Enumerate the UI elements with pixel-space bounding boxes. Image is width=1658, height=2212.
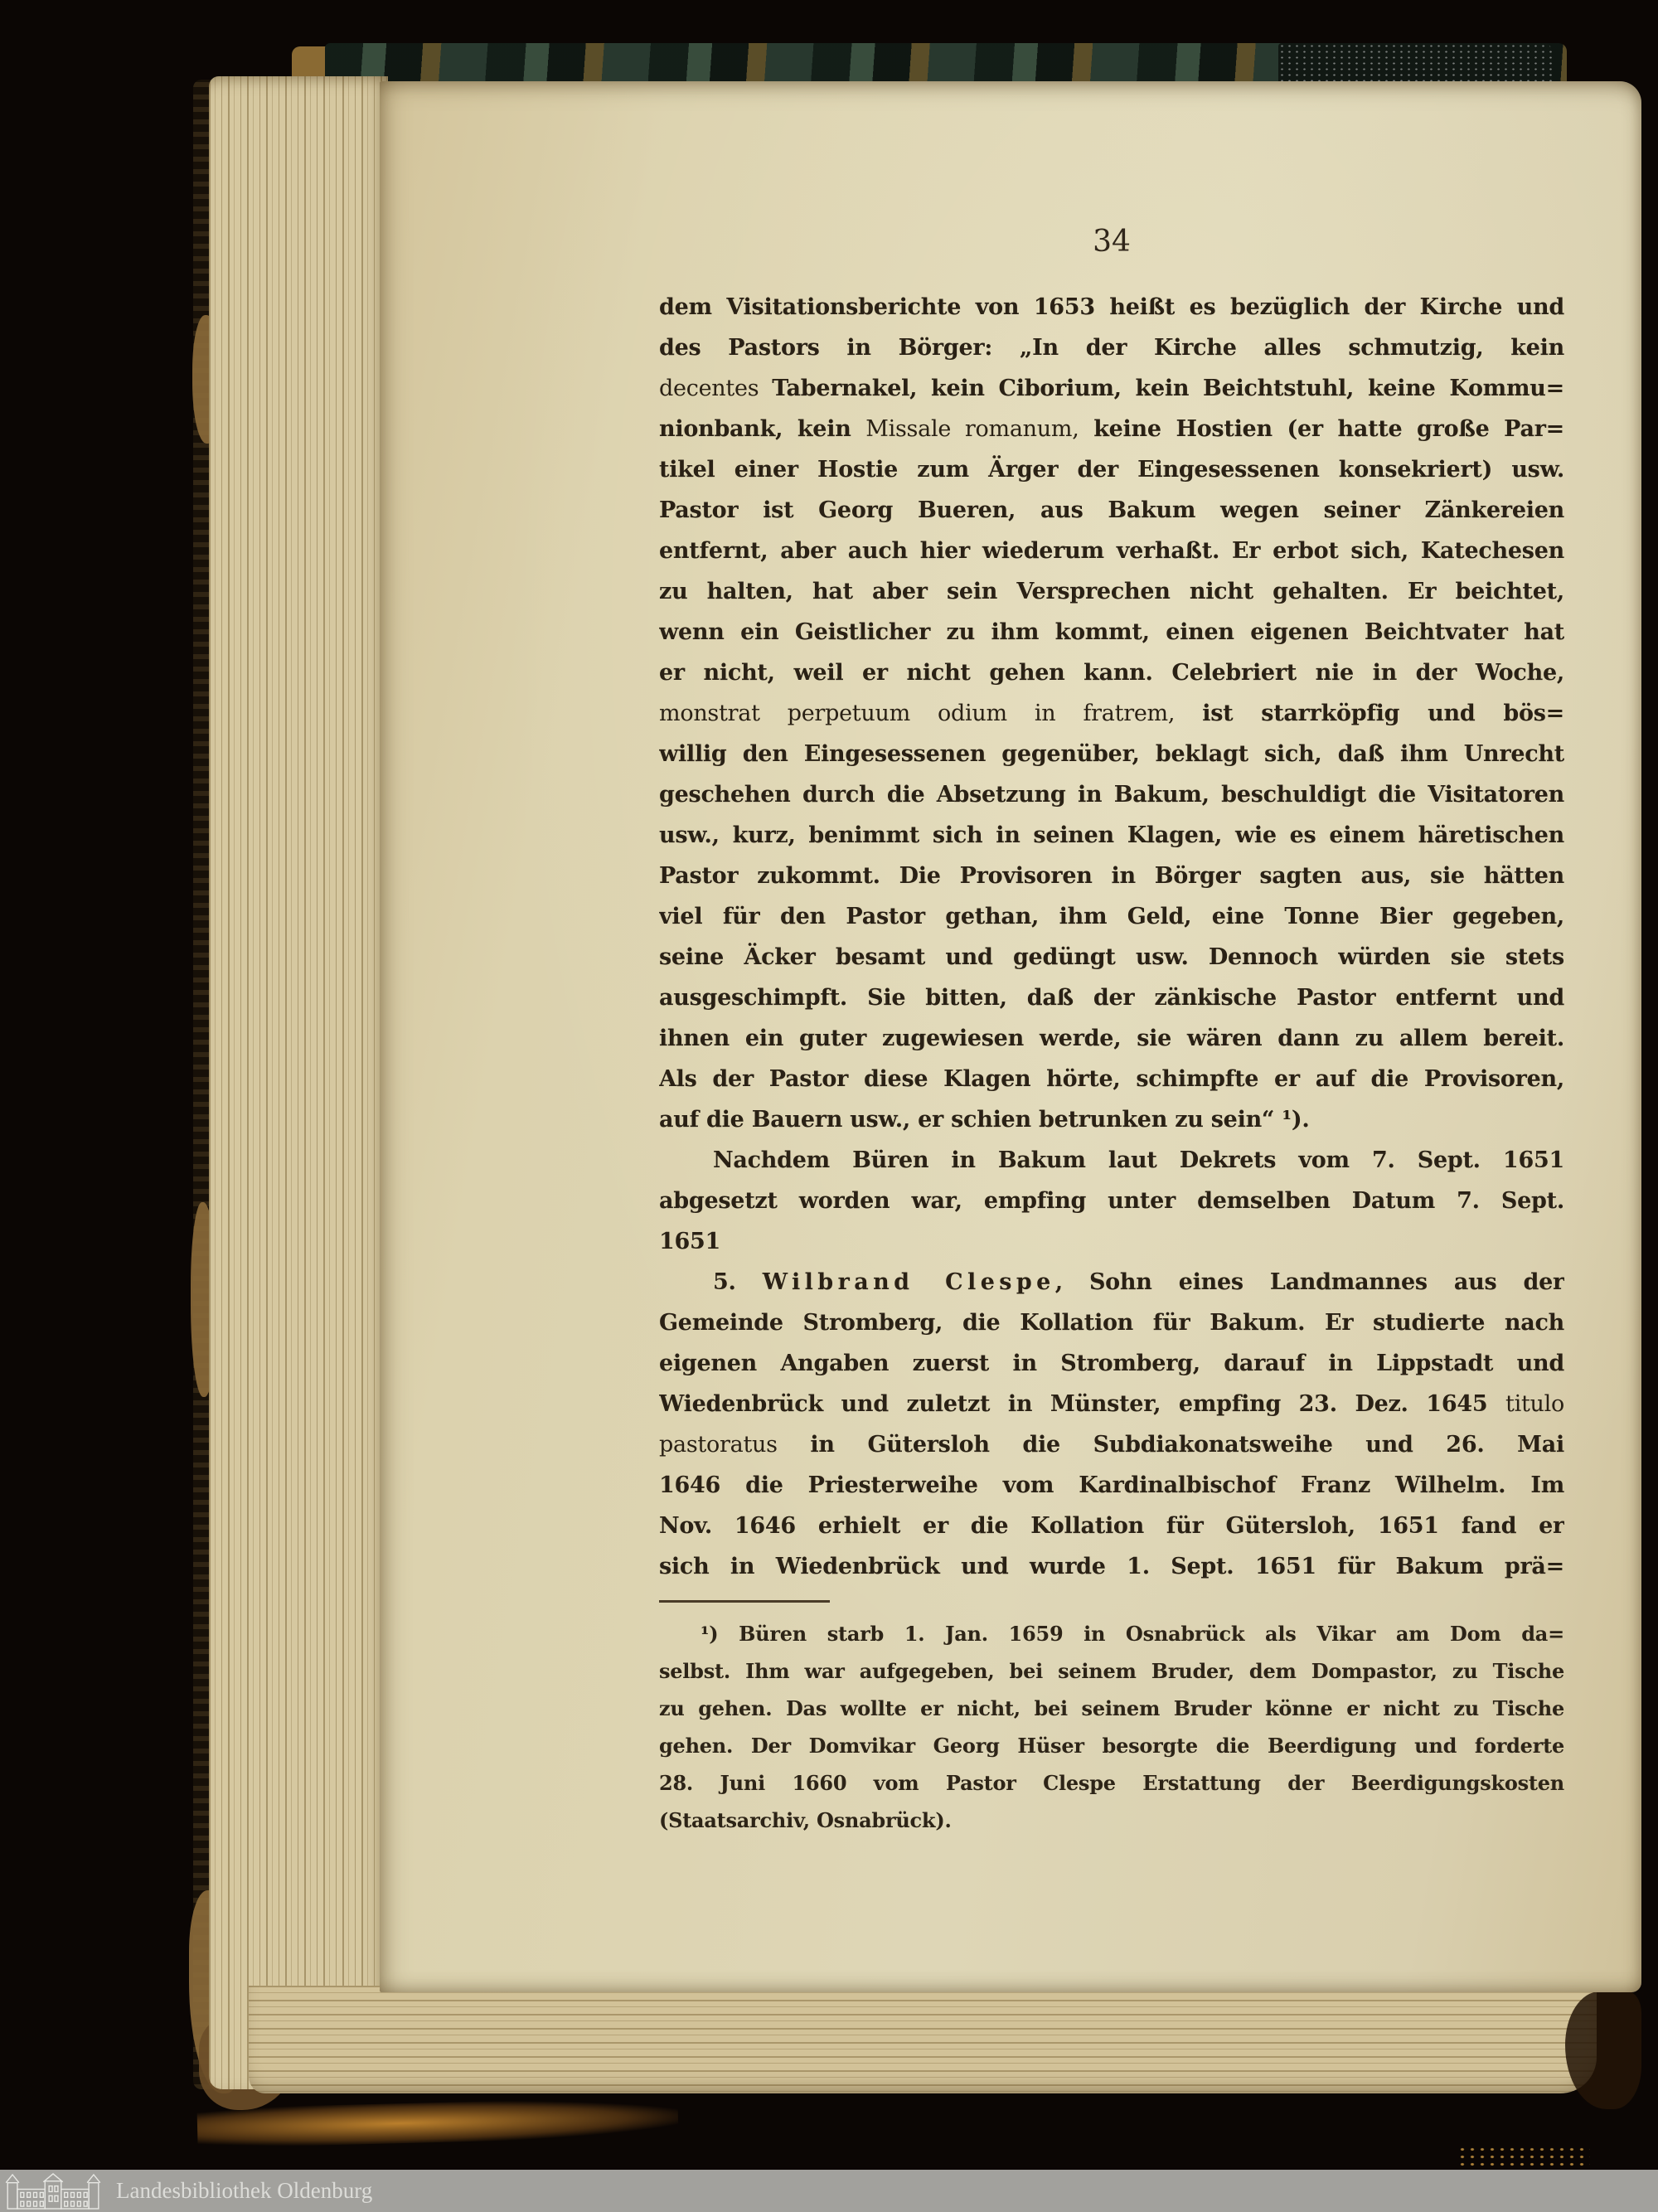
text-line: seine Äcker besamt und gedüngt usw. Denn…	[659, 937, 1564, 977]
text-segment: eigenen Angaben zuerst in Stromberg, dar…	[659, 1351, 1564, 1376]
book-cover-corner	[1565, 1991, 1641, 2109]
text-line: Gemeinde Stromberg, die Kollation für Ba…	[659, 1302, 1564, 1343]
text-segment: tikel einer Hostie zum Ärger der Eingese…	[659, 457, 1564, 483]
text-line: Pastor ist Georg Bueren, aus Bakum wegen…	[659, 490, 1564, 531]
text-segment: Als der Pastor diese Klagen hörte, schim…	[659, 1066, 1564, 1092]
text-segment: selbst. Ihm war aufgegeben, bei seinem B…	[659, 1659, 1564, 1683]
text-segment: des Pastors in Börger: „In der Kirche al…	[659, 335, 1564, 361]
text-segment: er nicht, weil er nicht gehen kann. Cele…	[659, 660, 1564, 686]
text-line: entfernt, aber auch hier wiederum verhaß…	[659, 531, 1564, 571]
book-top-marbled-edge	[325, 43, 1567, 86]
text-line: Pastor zukommt. Die Provisoren in Börger…	[659, 856, 1564, 896]
text-segment-antiqua: Missale romanum,	[865, 416, 1079, 442]
text-segment: Pastor ist Georg Bueren, aus Bakum wegen…	[659, 497, 1564, 523]
text-segment: 1651	[659, 1229, 720, 1254]
text-line: pastoratus in Gütersloh die Subdiakonats…	[659, 1424, 1564, 1465]
book-scan-screenshot: { "document": { "page_number": "34", "co…	[0, 0, 1658, 2212]
text-line: Nachdem Büren in Bakum laut Dekrets vom …	[659, 1140, 1564, 1181]
library-watermark-text: Landesbibliothek Oldenburg	[116, 2170, 372, 2212]
text-segment: , Sohn eines Landmannes aus der	[1055, 1269, 1564, 1295]
text-segment: gehen. Der Domvikar Georg Hüser besorgte…	[659, 1734, 1564, 1758]
text-segment: nionbank, kein	[659, 416, 865, 442]
text-segment-antiqua: titulo	[1505, 1391, 1564, 1417]
text-line: geschehen durch die Absetzung in Bakum, …	[659, 774, 1564, 815]
text-line: abgesetzt worden war, empfing unter dems…	[659, 1181, 1564, 1221]
text-segment: dem Visitationsberichte von 1653 heißt e…	[659, 294, 1564, 320]
text-line: decentes Tabernakel, kein Ciborium, kein…	[659, 368, 1564, 409]
text-segment: auf die Bauern usw., er schien betrunken…	[659, 1107, 1310, 1133]
text-segment: Nov. 1646 erhielt er die Kollation für G…	[659, 1513, 1564, 1539]
paragraph: ¹) Büren starb 1. Jan. 1659 in Osnabrück…	[659, 1615, 1564, 1839]
text-segment: (Staatsarchiv, Osnabrück).	[659, 1808, 952, 1832]
text-line: tikel einer Hostie zum Ärger der Eingese…	[659, 449, 1564, 490]
text-line: 5. Wilbrand Clespe, Sohn eines Landmanne…	[659, 1262, 1564, 1302]
page-stack-bottom-edges	[249, 1986, 1597, 2093]
text-line: usw., kurz, benimmt sich in seinen Klage…	[659, 815, 1564, 856]
text-segment: zu gehen. Das wollte er nicht, bei seine…	[659, 1696, 1564, 1720]
paragraph: dem Visitationsberichte von 1653 heißt e…	[659, 287, 1564, 1140]
text-segment: in Gütersloh die Subdiakonatsweihe und 2…	[778, 1432, 1564, 1458]
text-line: nionbank, kein Missale romanum, keine Ho…	[659, 409, 1564, 449]
text-segment: ausgeschimpft. Sie bitten, daß der zänki…	[659, 985, 1564, 1011]
text-segment: 1646 die Priesterweihe vom Kardinalbisch…	[659, 1472, 1564, 1498]
text-segment: seine Äcker besamt und gedüngt usw. Denn…	[659, 944, 1564, 970]
text-line: Nov. 1646 erhielt er die Kollation für G…	[659, 1506, 1564, 1546]
text-segment: geschehen durch die Absetzung in Bakum, …	[659, 782, 1564, 808]
paragraph: Nachdem Büren in Bakum laut Dekrets vom …	[659, 1140, 1564, 1262]
text-segment: keine Hostien (er hatte große Par=	[1079, 416, 1564, 442]
text-segment: ist starrköpfig und bös=	[1202, 701, 1564, 726]
text-segment: willig den Eingesessenen gegenüber, bekl…	[659, 741, 1564, 767]
text-segment: entfernt, aber auch hier wiederum verhaß…	[659, 538, 1564, 564]
text-line: (Staatsarchiv, Osnabrück).	[659, 1802, 1564, 1839]
gilt-edge-reflection	[197, 2097, 679, 2148]
text-line: monstrat perpetuum odium in fratrem, ist…	[659, 693, 1564, 734]
text-line: gehen. Der Domvikar Georg Hüser besorgte…	[659, 1727, 1564, 1764]
text-line: viel für den Pastor gethan, ihm Geld, ei…	[659, 896, 1564, 937]
text-line: er nicht, weil er nicht gehen kann. Cele…	[659, 652, 1564, 693]
text-segment: 5.	[713, 1269, 763, 1295]
text-line: Als der Pastor diese Klagen hörte, schim…	[659, 1059, 1564, 1099]
main-text-block: dem Visitationsberichte von 1653 heißt e…	[659, 287, 1564, 1587]
text-line: zu gehen. Das wollte er nicht, bei seine…	[659, 1690, 1564, 1727]
text-segment: zu halten, hat aber sein Versprechen nic…	[659, 579, 1564, 604]
text-segment: wenn ein Geistlicher zu ihm kommt, einen…	[659, 619, 1564, 645]
page-number: 34	[659, 224, 1564, 260]
text-segment: Nachdem Büren in Bakum laut Dekrets vom …	[713, 1147, 1564, 1173]
footnote-block: ¹) Büren starb 1. Jan. 1659 in Osnabrück…	[659, 1615, 1564, 1839]
footnote-separator-rule	[659, 1600, 830, 1603]
book-top-edge-dark-section	[1278, 43, 1552, 86]
text-segment-antiqua: pastoratus	[659, 1432, 778, 1458]
text-segment: Tabernakel, kein Ciborium, kein Beichtst…	[772, 376, 1564, 401]
library-watermark-bar: Landesbibliothek Oldenburg	[0, 2170, 1658, 2212]
text-line: selbst. Ihm war aufgegeben, bei seinem B…	[659, 1652, 1564, 1690]
text-line: 28. Juni 1660 vom Pastor Clespe Erstattu…	[659, 1764, 1564, 1802]
paragraph: 5. Wilbrand Clespe, Sohn eines Landmanne…	[659, 1262, 1564, 1587]
text-segment: ihnen ein guter zugewiesen werde, sie wä…	[659, 1026, 1564, 1051]
text-line: ihnen ein guter zugewiesen werde, sie wä…	[659, 1018, 1564, 1059]
text-line: Wiedenbrück und zuletzt in Münster, empf…	[659, 1384, 1564, 1424]
text-segment: Pastor zukommt. Die Provisoren in Börger…	[659, 863, 1564, 889]
library-logo-icon	[5, 2171, 103, 2210]
text-line: 1651	[659, 1221, 1564, 1262]
text-line: ausgeschimpft. Sie bitten, daß der zänki…	[659, 977, 1564, 1018]
text-segment-antiqua: monstrat perpetuum odium in fratrem,	[659, 701, 1202, 726]
text-line: des Pastors in Börger: „In der Kirche al…	[659, 327, 1564, 368]
text-line: wenn ein Geistlicher zu ihm kommt, einen…	[659, 612, 1564, 652]
text-line: willig den Eingesessenen gegenüber, bekl…	[659, 734, 1564, 774]
text-segment: 28. Juni 1660 vom Pastor Clespe Erstattu…	[659, 1771, 1564, 1795]
text-segment: ¹) Büren starb 1. Jan. 1659 in Osnabrück…	[701, 1622, 1564, 1646]
gilt-edge-flecks	[1457, 2146, 1590, 2167]
text-line: eigenen Angaben zuerst in Stromberg, dar…	[659, 1343, 1564, 1384]
page-stack-fore-edges	[209, 76, 388, 2089]
text-line: sich in Wiedenbrück und wurde 1. Sept. 1…	[659, 1546, 1564, 1587]
text-line: 1646 die Priesterweihe vom Kardinalbisch…	[659, 1465, 1564, 1506]
text-segment: viel für den Pastor gethan, ihm Geld, ei…	[659, 904, 1564, 929]
text-line: auf die Bauern usw., er schien betrunken…	[659, 1099, 1564, 1140]
text-line: zu halten, hat aber sein Versprechen nic…	[659, 571, 1564, 612]
text-segment: sich in Wiedenbrück und wurde 1. Sept. 1…	[659, 1554, 1564, 1579]
text-segment: Gemeinde Stromberg, die Kollation für Ba…	[659, 1310, 1564, 1336]
text-segment-sperr: Wilbrand Clespe	[763, 1269, 1055, 1295]
text-line: dem Visitationsberichte von 1653 heißt e…	[659, 287, 1564, 327]
text-segment: Wiedenbrück und zuletzt in Münster, empf…	[659, 1391, 1505, 1417]
text-segment: usw., kurz, benimmt sich in seinen Klage…	[659, 822, 1564, 848]
text-line: ¹) Büren starb 1. Jan. 1659 in Osnabrück…	[659, 1615, 1564, 1652]
text-segment-antiqua: decentes	[659, 376, 772, 401]
text-segment: abgesetzt worden war, empfing unter dems…	[659, 1188, 1564, 1214]
